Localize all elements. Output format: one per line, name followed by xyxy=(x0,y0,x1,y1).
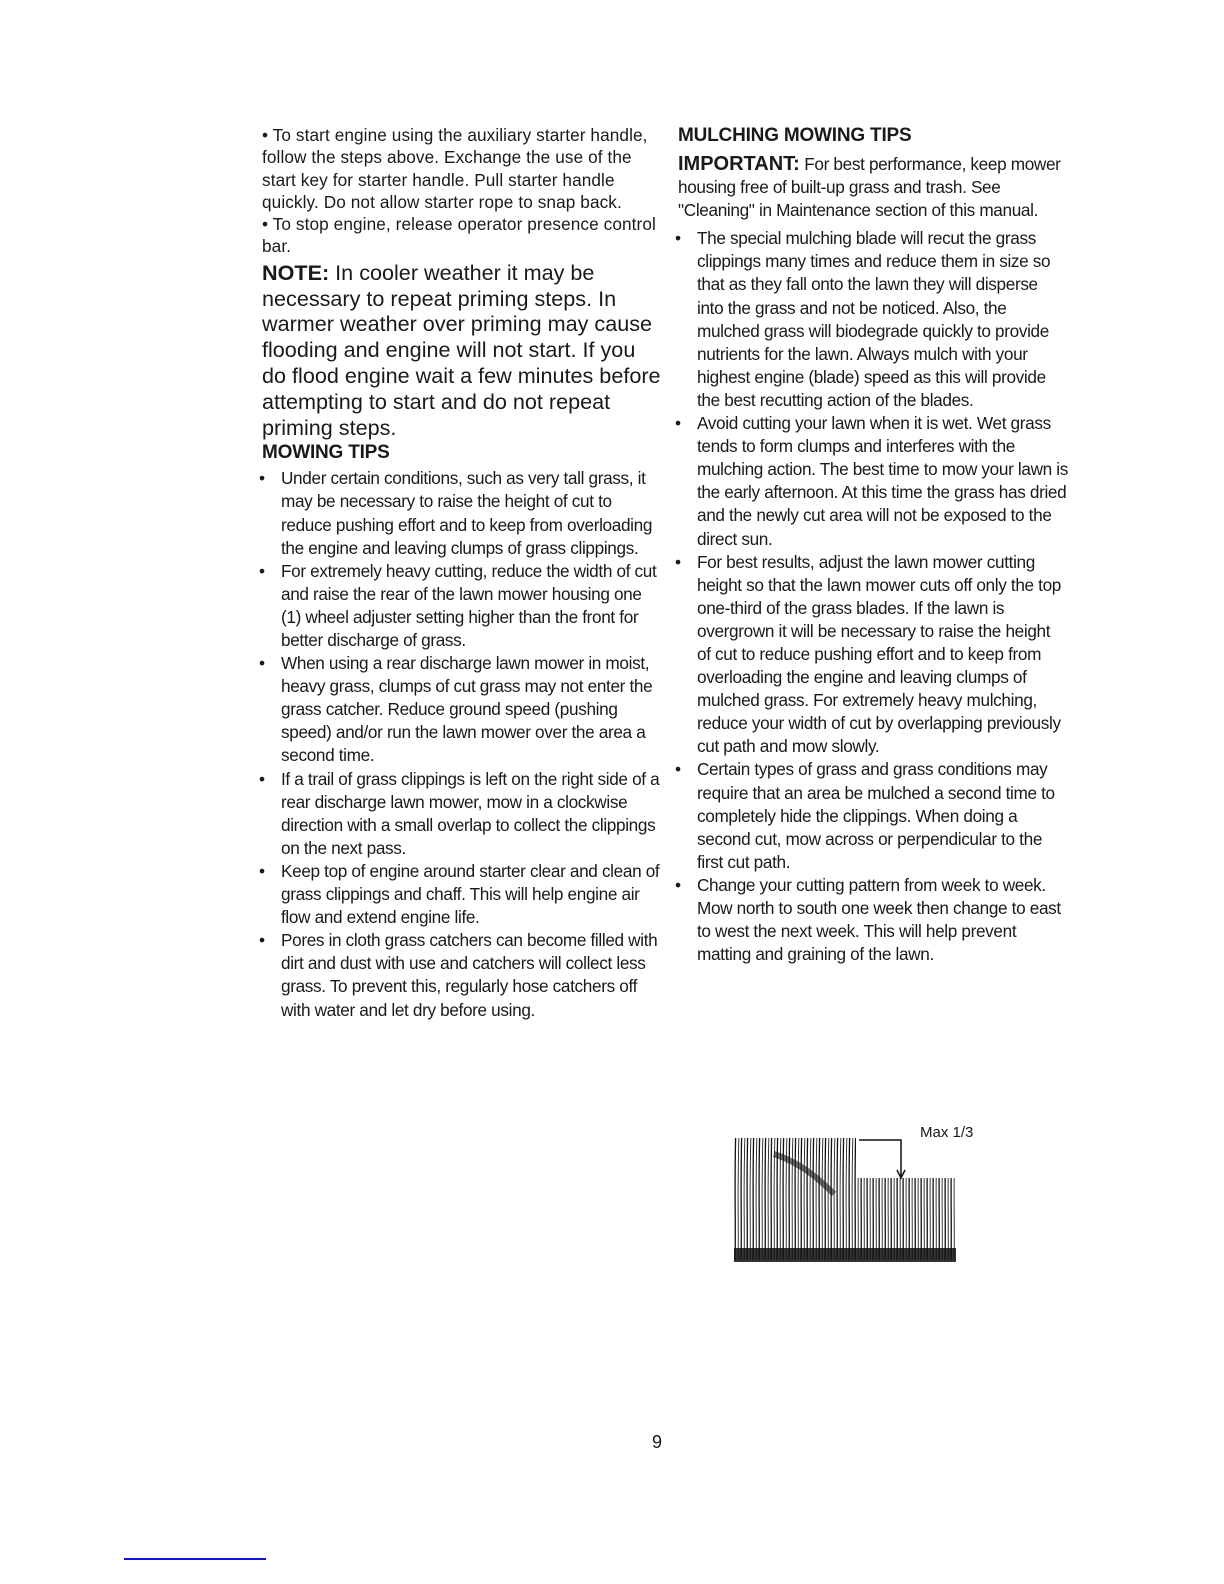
bullet-icon: • xyxy=(675,412,681,435)
mowing-tips-list: •Under certain conditions, such as very … xyxy=(262,467,662,1021)
grass-cut-height-illustration-icon xyxy=(734,1124,994,1264)
bullet-icon: • xyxy=(259,929,265,952)
footer-rule xyxy=(124,1558,266,1560)
bullet-icon: • xyxy=(259,652,265,675)
list-item: •Pores in cloth grass catchers can becom… xyxy=(262,929,662,1021)
note-paragraph: NOTE: In cooler weather it may be necess… xyxy=(262,260,662,441)
mulching-tips-list: •The special mulching blade will recut t… xyxy=(678,227,1068,966)
stop-engine-paragraph: • To stop engine, release operator prese… xyxy=(262,213,662,258)
list-item: •Certain types of grass and grass condit… xyxy=(678,758,1068,873)
bullet-icon: • xyxy=(259,768,265,791)
bullet-icon: • xyxy=(259,467,265,490)
bullet-icon: • xyxy=(675,551,681,574)
list-item: •The special mulching blade will recut t… xyxy=(678,227,1068,412)
page-number: 9 xyxy=(652,1432,662,1453)
list-item: •Avoid cutting your lawn when it is wet.… xyxy=(678,412,1068,551)
important-label: IMPORTANT: xyxy=(678,153,800,175)
list-item: •For extremely heavy cutting, reduce the… xyxy=(262,560,662,652)
mowing-tips-heading: MOWING TIPS xyxy=(262,441,662,465)
bullet-icon: • xyxy=(675,874,681,897)
max-one-third-label: Max 1/3 xyxy=(920,1124,973,1141)
list-item: •When using a rear discharge lawn mower … xyxy=(262,652,662,767)
bullet-icon: • xyxy=(259,560,265,583)
right-column: MULCHING MOWING TIPS IMPORTANT: For best… xyxy=(678,124,1068,966)
left-column: • To start engine using the auxiliary st… xyxy=(262,124,662,1022)
mulching-tips-heading: MULCHING MOWING TIPS xyxy=(678,124,1068,148)
bullet-icon: • xyxy=(675,758,681,781)
bullet-icon: • xyxy=(259,860,265,883)
bullet-icon: • xyxy=(675,227,681,250)
list-item: •If a trail of grass clippings is left o… xyxy=(262,768,662,860)
note-text: In cooler weather it may be necessary to… xyxy=(262,260,661,440)
important-paragraph: IMPORTANT: For best performance, keep mo… xyxy=(678,153,1068,222)
auxiliary-start-paragraph: • To start engine using the auxiliary st… xyxy=(262,124,662,213)
list-item: •Keep top of engine around starter clear… xyxy=(262,860,662,929)
list-item: •For best results, adjust the lawn mower… xyxy=(678,551,1068,759)
list-item: •Under certain conditions, such as very … xyxy=(262,467,662,559)
list-item: •Change your cutting pattern from week t… xyxy=(678,874,1068,966)
note-label: NOTE: xyxy=(262,260,329,285)
